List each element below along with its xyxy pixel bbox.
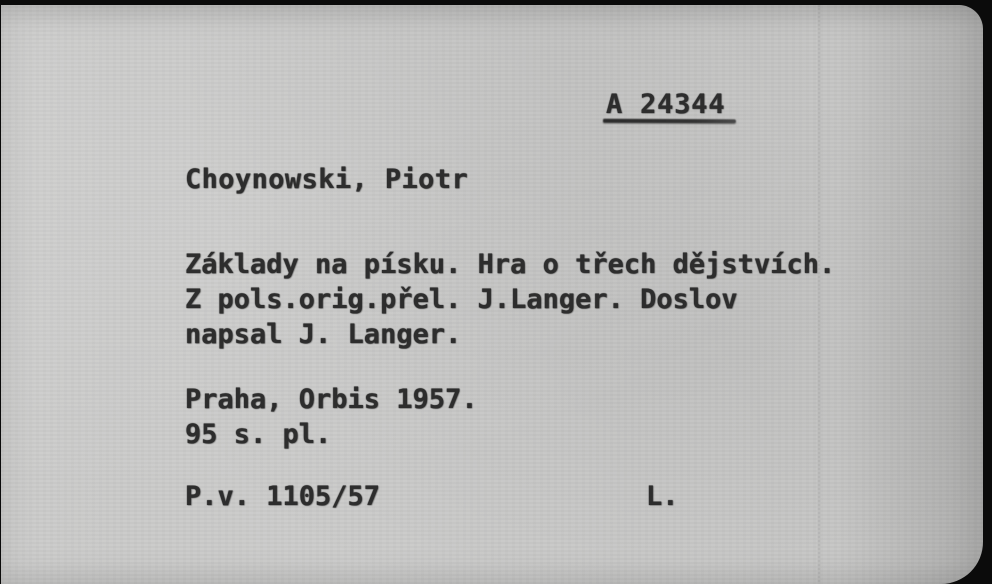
title-statement-line-3: napsal J. Langer. [185,321,461,348]
accession-number-underline [603,119,736,124]
accession-number: A 24344 [606,91,725,118]
collation-pages: 95 s. pl. [185,421,331,448]
scanned-catalog-card-image: A 24344 Choynowski, Piotr Základy na pís… [0,0,992,584]
cataloguer-initial: L. [646,483,679,510]
typewritten-text-layer: A 24344 Choynowski, Piotr Základy na pís… [1,5,983,584]
author-heading: Choynowski, Piotr [185,166,468,193]
title-statement-line-1: Základy na písku. Hra o třech dějstvích. [185,251,835,278]
catalog-card-paper: A 24344 Choynowski, Piotr Základy na pís… [1,5,983,584]
title-statement-line-2: Z pols.orig.přel. J.Langer. Doslov [185,286,738,313]
imprint-publisher-year: Praha, Orbis 1957. [185,386,478,413]
record-number: P.v. 1105/57 [185,483,380,510]
